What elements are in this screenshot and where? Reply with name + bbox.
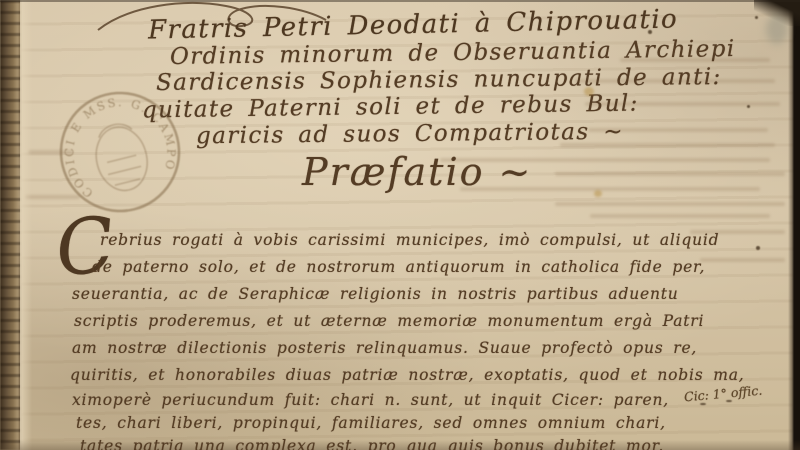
- ink-speck: [700, 403, 706, 405]
- body-line: de paterno solo, et de nostrorum antiquo…: [92, 258, 705, 276]
- margin-note: Cic: 1° offic.: [683, 383, 762, 405]
- photo-right-edge: [788, 0, 800, 450]
- stain: [594, 190, 602, 197]
- body-line: scriptis proderemus, et ut æternæ memori…: [74, 312, 704, 330]
- show-through-line: [590, 214, 770, 218]
- prefatio-heading: Præfatio ~: [302, 150, 532, 194]
- title-line: garicis ad suos Compatriotas ~: [196, 119, 624, 149]
- body-line: rebrius rogati à vobis carissimi municip…: [100, 231, 719, 249]
- body-line: tates patria una complexa est, pro qua q…: [80, 437, 664, 450]
- stain: [584, 87, 594, 96]
- body-line: quiritis, et honorabiles diuas patriæ no…: [70, 366, 744, 384]
- body-line: seuerantia, ac de Seraphicæ religionis i…: [72, 285, 679, 303]
- show-through-line: [700, 258, 785, 262]
- ink-speck: [755, 16, 758, 19]
- ink-speck: [648, 30, 652, 34]
- body-line: am nostræ dilectionis posteris relinquam…: [72, 339, 697, 357]
- show-through-line: [555, 172, 785, 176]
- ink-speck: [747, 105, 750, 108]
- show-through-line: [555, 202, 785, 206]
- page-edge-highlight: [20, 0, 32, 450]
- stamp-crest-detail: [97, 121, 144, 186]
- corner-smudge: [766, 14, 788, 44]
- binding-edge: [0, 0, 21, 450]
- body-line: tes, chari liberi, propinqui, familiares…: [76, 414, 666, 432]
- ink-speck: [726, 400, 732, 402]
- body-line: ximoperè periucundum fuit: chari n. sunt…: [72, 391, 669, 409]
- ink-speck: [756, 246, 760, 250]
- manuscript-photo: CODICI E MSS. G. CAMPORI Fratris Petri D…: [0, 0, 800, 450]
